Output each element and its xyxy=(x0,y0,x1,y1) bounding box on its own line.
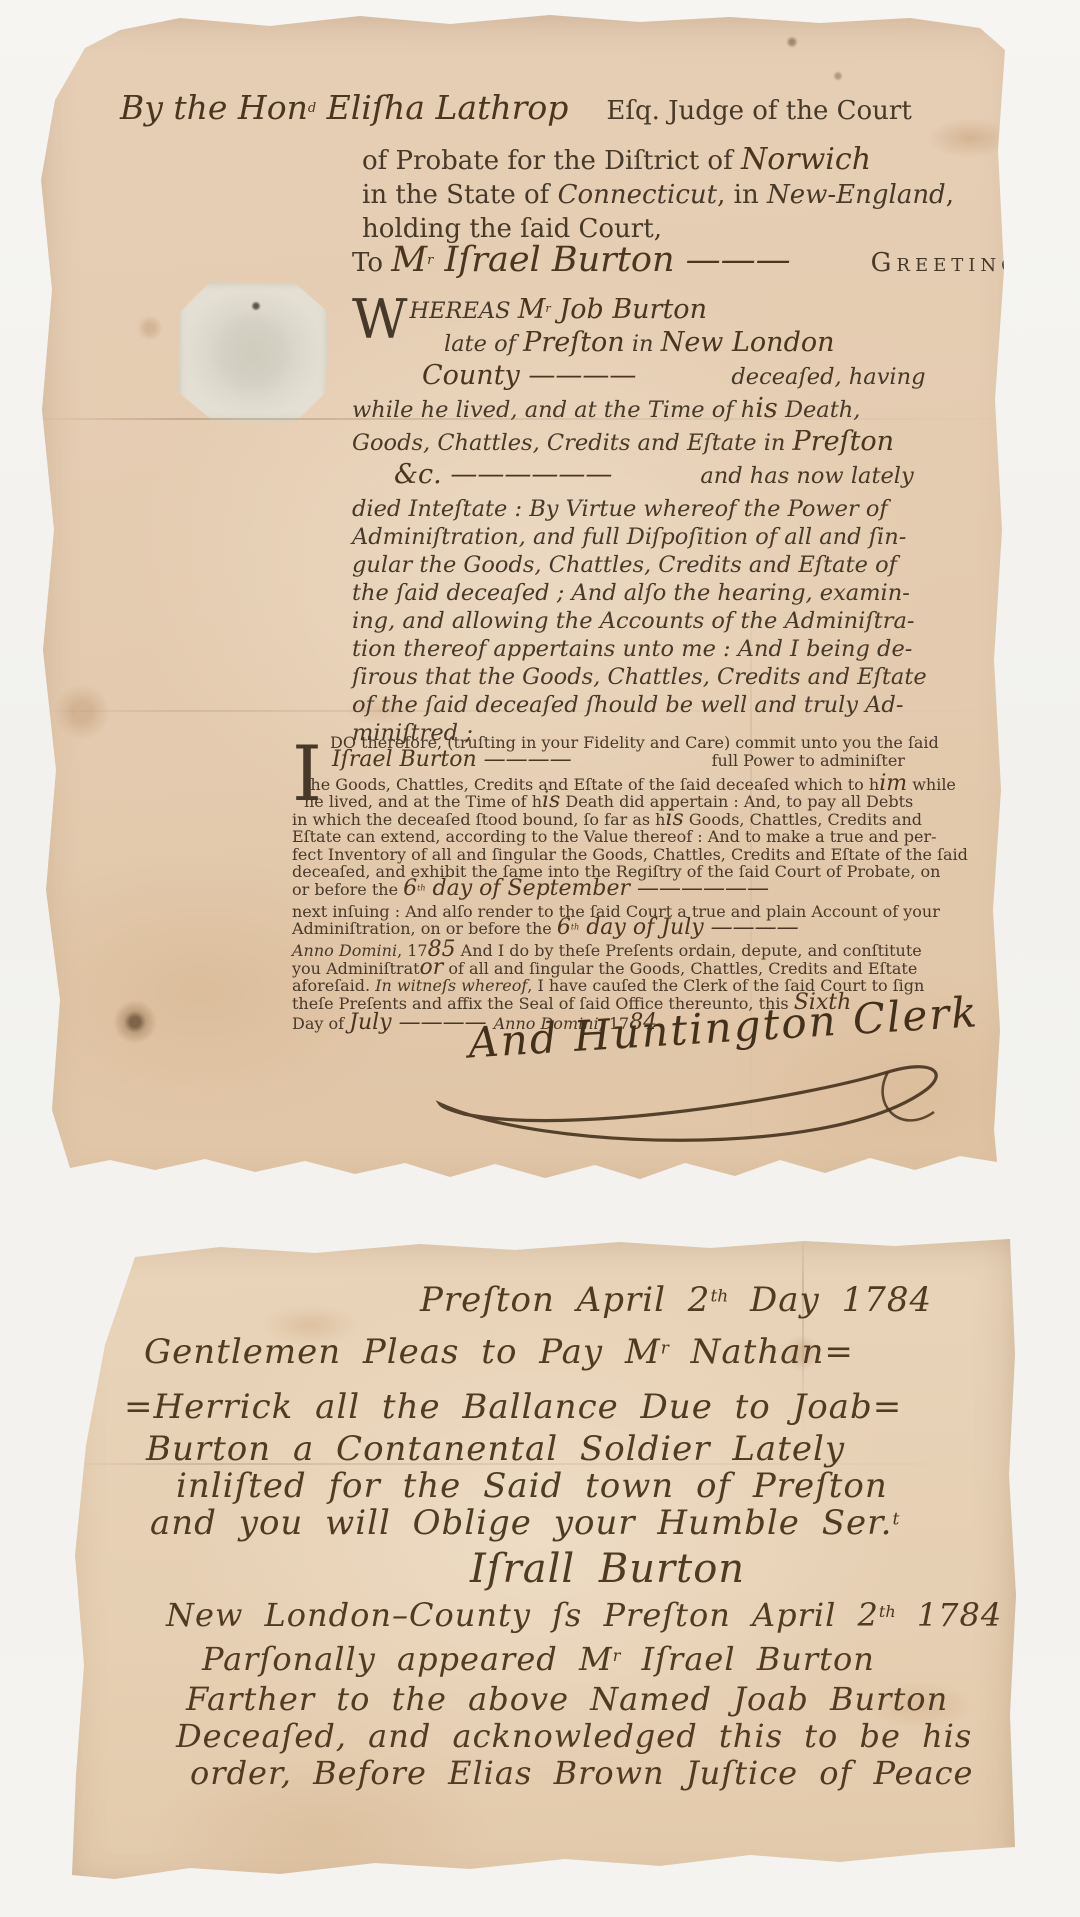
superscript-text: th xyxy=(879,1602,896,1621)
printed-text: died Inteſtate : By Virtue whereof the P… xyxy=(352,496,888,522)
printed-text: , in xyxy=(717,180,767,210)
text-line: Gentlemen Pleas to Pay Mr Nathan= xyxy=(144,1332,1010,1387)
printed-text: he lived, and at the Time of h xyxy=(304,792,542,811)
text-line: ing, and allowing the Accounts of the Ad… xyxy=(352,608,962,636)
handwritten-text: Farther to the above Named Joab Burton xyxy=(186,1680,948,1718)
printed-text: , I have cauſed the Clerk of the ſaid Co… xyxy=(527,976,924,995)
text-line: Iſrall Burton xyxy=(470,1546,1010,1596)
printed-text: the ſaid deceaſed ; And alſo the hearing… xyxy=(352,580,910,606)
handwritten-text: day of July ———— xyxy=(579,915,798,940)
handwritten-text: Preſton xyxy=(523,327,625,358)
text-line: in which the deceaſed ſtood bound, ſo fa… xyxy=(292,810,992,828)
greeting-text: Greeting. xyxy=(871,248,1034,278)
text-line: died Inteſtate : By Virtue whereof the P… xyxy=(352,496,962,524)
printed-text: To xyxy=(352,248,391,278)
text-line: gular the Goods, Chattles, Credits and E… xyxy=(352,552,962,580)
text-line: New London–County ſs Preſton April 2th 1… xyxy=(166,1596,1010,1640)
handwritten-text: M xyxy=(518,294,546,325)
printed-text: while xyxy=(907,775,956,794)
handwritten-text: 1784 xyxy=(896,1596,1003,1634)
printed-text: late of xyxy=(444,331,523,357)
handwritten-text: Parſonally appeared M xyxy=(202,1640,613,1678)
text-line: County ————deceaſed, having xyxy=(422,364,962,397)
printed-text: fect Inventory of all and ſingular the G… xyxy=(292,845,968,864)
photograph-background: { "colors":{"background":"#f4f3ef","pape… xyxy=(0,0,1080,1917)
printed-text: ſirous that the Goods, Chattles, Credits… xyxy=(352,664,927,690)
handwritten-text: Iſrael Burton xyxy=(620,1640,875,1678)
handwritten-text: Burton a Contanental Soldier Lately xyxy=(146,1429,845,1469)
text-line: Burton a Contanental Soldier Lately xyxy=(146,1429,1010,1466)
handwritten-text: Preſton April 2 xyxy=(420,1280,710,1320)
text-line: of the ſaid deceaſed ſhould be well and … xyxy=(352,692,962,720)
text-line: Farther to the above Named Joab Burton xyxy=(186,1680,1010,1717)
text-line: ſirous that the Goods, Chattles, Credits… xyxy=(352,664,962,692)
text-line: =Herrick all the Ballance Due to Joab= xyxy=(124,1387,1010,1429)
text-line: Preſton April 2th Day 1784 xyxy=(420,1280,1010,1332)
printed-text: in which the deceaſed ſtood bound, ſo fa… xyxy=(292,810,665,829)
handwritten-text: 6 xyxy=(403,876,417,901)
text-line: Adminiſtration, on or before the 6th day… xyxy=(292,919,992,941)
printed-text: Day of xyxy=(292,1014,349,1033)
text-line: the ſaid deceaſed ; And alſo the hearing… xyxy=(352,580,962,608)
printed-text: or before the xyxy=(292,880,403,899)
printed-text: Adminiſtration, on or before the xyxy=(292,919,557,938)
commission-paragraph: IDO therefore, (truſting in your Fidelit… xyxy=(292,733,992,1031)
text-line: By the Hond Eliſha LathropEſq. Judge of … xyxy=(120,88,1010,146)
printed-text: in xyxy=(625,331,661,357)
handwritten-text: 6 xyxy=(557,915,571,940)
printed-italic-text: Connecticut xyxy=(558,180,718,210)
text-line: &c. ——————and has now lately xyxy=(394,463,962,496)
handwritten-text: New London xyxy=(661,327,835,358)
handwritten-text: By the Hon xyxy=(120,88,308,127)
printed-text: And I do by theſe Preſents ordain, deput… xyxy=(456,941,922,960)
text-line: order, Before Elias Brown Juſtice of Pea… xyxy=(190,1754,1010,1796)
handwritten-text: inliſted for the Said town of Preſton xyxy=(176,1466,888,1506)
document-header: By the Hond Eliſha LathropEſq. Judge of … xyxy=(90,88,1010,300)
handwritten-text: Job Burton xyxy=(551,294,707,325)
text-line: he lived, and at the Time of his Death d… xyxy=(304,792,992,810)
printed-text: HEREAS xyxy=(410,298,518,324)
superscript-text: r xyxy=(661,1339,669,1359)
text-line: Anno Domini, 1785 And I do by theſe Preſ… xyxy=(292,941,992,959)
text-line: the Goods, Chattles, Credits and Eſtate … xyxy=(304,775,992,793)
printed-text: gular the Goods, Chattles, Credits and E… xyxy=(352,552,897,578)
printed-text: of Probate for the Diſtrict of xyxy=(362,146,741,176)
handwritten-text: Nathan= xyxy=(669,1332,854,1372)
handwritten-text: Eliſha Lathrop xyxy=(316,88,568,127)
text-line: in the State of Connecticut, in New-Engl… xyxy=(362,180,1010,214)
text-line: To Mr Iſrael Burton ———Greeting. xyxy=(352,248,1010,300)
handwritten-text: Iſrall Burton xyxy=(470,1546,745,1592)
printed-italic-text: New-England xyxy=(767,180,946,210)
text-line: of Probate for the Diſtrict of Norwich xyxy=(362,146,1010,180)
text-line: Eſtate can extend, according to the Valu… xyxy=(292,827,992,845)
printed-text: in the State of xyxy=(362,180,558,210)
handwritten-text: Deceaſed, and acknowledged this to be hi… xyxy=(176,1717,972,1755)
pay-order-document: Preſton April 2th Day 1784Gentlemen Plea… xyxy=(60,1235,1020,1895)
handwritten-text: Preſton xyxy=(793,426,895,457)
handwritten-text: Gentlemen Pleas to Pay M xyxy=(144,1332,661,1372)
text-line: you Adminiſtrator of all and ſingular th… xyxy=(292,959,992,977)
handwritten-text: =Herrick all the Ballance Due to Joab= xyxy=(124,1387,902,1427)
drop-capital: W xyxy=(352,288,408,351)
printed-text: Death did appertain : And, to pay all De… xyxy=(560,792,913,811)
superscript-text: t xyxy=(892,1510,899,1530)
handwritten-text: &c. —————— xyxy=(394,459,612,490)
printed-text: Eſq. Judge of the Court xyxy=(606,96,911,126)
signature-flourish-icon xyxy=(422,1052,982,1162)
printed-text: of the ſaid deceaſed ſhould be well and … xyxy=(352,692,903,718)
text-line: inliſted for the Said town of Preſton xyxy=(176,1466,1010,1503)
printed-text: Goods, Chattles, Credits and Eſtate in xyxy=(352,430,793,456)
handwritten-text: Norwich xyxy=(741,142,871,177)
text-line: or before the 6th day of September —————… xyxy=(292,880,992,902)
text-line: fect Inventory of all and ſingular the G… xyxy=(292,845,992,863)
handwritten-text: Iſrael Burton ———— xyxy=(332,747,572,772)
handwritten-text: County ———— xyxy=(422,360,636,391)
printed-italic-text: Anno Domini xyxy=(292,941,397,960)
printed-text: aforeſaid. xyxy=(292,976,375,995)
text-line: and you will Oblige your Humble Ser.t xyxy=(150,1503,1010,1546)
printed-text: Adminiſtration, and full Diſpoſition of … xyxy=(352,524,906,550)
superscript-text: d xyxy=(308,101,316,116)
printed-text: deceaſed, having xyxy=(731,364,925,390)
superscript-text: th xyxy=(417,883,425,892)
printed-text: while he lived, and at the Time of h xyxy=(352,397,755,423)
text-line: Parſonally appeared Mr Iſrael Burton xyxy=(202,1640,1010,1680)
superscript-text: th xyxy=(571,923,579,932)
text-line: Deceaſed, and acknowledged this to be hi… xyxy=(176,1717,1010,1754)
printed-text: of all and ſingular the Goods, Chattles,… xyxy=(443,959,917,978)
printed-text: ing, and allowing the Accounts of the Ad… xyxy=(352,608,914,634)
text-line: aforeſaid. In witneſs whereof, I have ca… xyxy=(292,976,992,994)
pay-order-text: Preſton April 2th Day 1784Gentlemen Plea… xyxy=(130,1280,1010,1796)
handwritten-text: M xyxy=(391,240,427,280)
handwritten-text: Day 1784 xyxy=(728,1280,932,1320)
wafer-seal-icon xyxy=(178,282,328,422)
handwritten-text: and you will Oblige your Humble Ser. xyxy=(150,1503,892,1543)
printed-text: Death, xyxy=(778,397,861,423)
handwritten-text: is xyxy=(755,393,778,424)
handwritten-text: day of September —————— xyxy=(426,876,770,901)
printed-text: , xyxy=(946,180,954,210)
printed-text: tion thereof appertains unto me : And I … xyxy=(352,636,912,662)
handwritten-text: Iſrael Burton ——— xyxy=(433,240,790,280)
probate-document: By the Hond Eliſha LathropEſq. Judge of … xyxy=(30,10,1030,1200)
printed-italic-text: In witneſs whereof xyxy=(375,976,527,995)
printed-text: and has now lately xyxy=(700,463,913,489)
printed-text: Eſtate can extend, according to the Valu… xyxy=(292,827,937,846)
handwritten-text: order, Before Elias Brown Juſtice of Pea… xyxy=(190,1754,973,1792)
printed-text: full Power to adminiſter xyxy=(712,751,905,770)
printed-text: the Goods, Chattles, Credits and Eſtate … xyxy=(304,775,879,794)
printed-text: you Adminiſtrat xyxy=(292,959,420,978)
whereas-paragraph: WHEREAS Mr Job Burtonlate of Preſton in … xyxy=(352,298,962,748)
text-line: Adminiſtration, and full Diſpoſition of … xyxy=(352,524,962,552)
text-line: tion thereof appertains unto me : And I … xyxy=(352,636,962,664)
handwritten-text: New London–County ſs Preſton April 2 xyxy=(166,1596,879,1634)
printed-text: Goods, Chattles, Credits and xyxy=(684,810,922,829)
superscript-text: th xyxy=(710,1287,728,1307)
text-line: WHEREAS Mr Job Burton xyxy=(352,298,962,331)
